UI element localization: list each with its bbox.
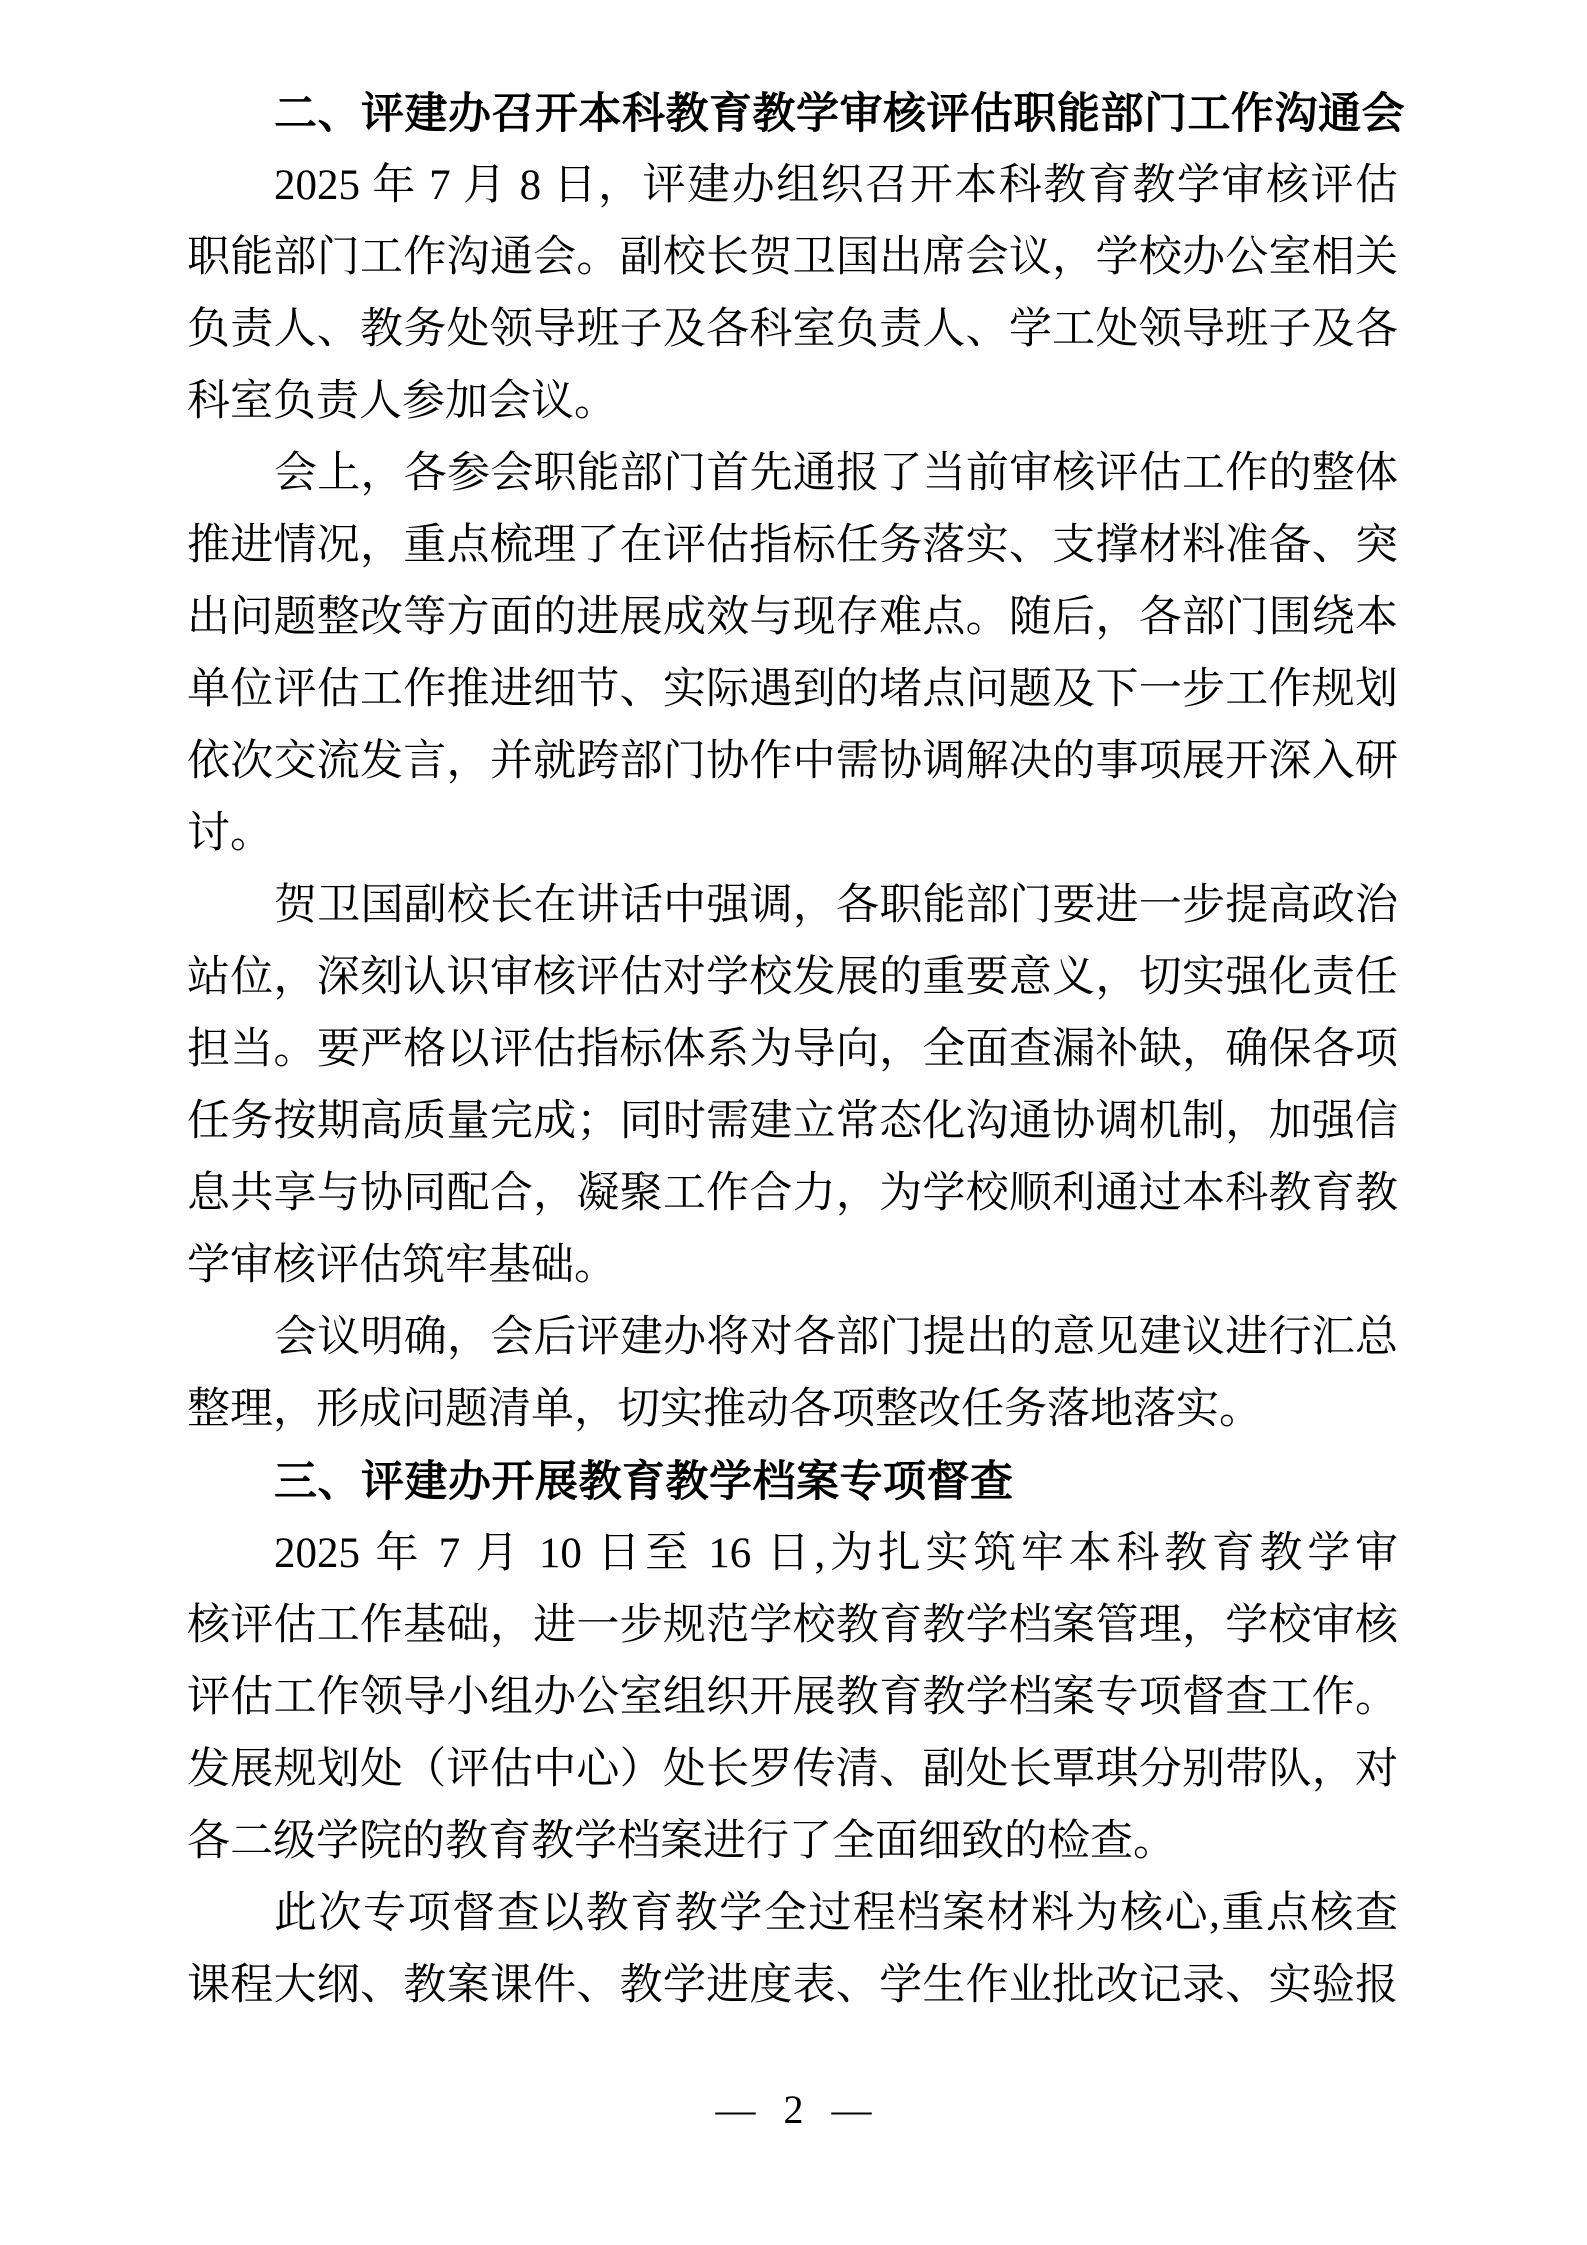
document-body: 二、评建办召开本科教育教学审核评估职能部门工作沟通会2025 年 7 月 8 日…	[187, 78, 1398, 2022]
body-text-line: 学审核评估筑牢基础。	[187, 1230, 1398, 1302]
body-text-line: 科室负责人参加会议。	[187, 366, 1398, 438]
body-text-line: 各二级学院的教育教学档案进行了全面细致的检查。	[187, 1806, 1398, 1878]
document-page: { "page": { "background": "#ffffff", "te…	[0, 0, 1587, 2245]
body-text-line: 单位评估工作推进细节、实际遇到的堵点问题及下一步工作规划	[187, 654, 1398, 726]
body-text-line: 2025 年 7 月 10 日至 16 日,为扎实筑牢本科教育教学审	[187, 1518, 1398, 1590]
body-text-line: 任务按期高质量完成；同时需建立常态化沟通协调机制，加强信	[187, 1086, 1398, 1158]
body-text-line: 负责人、教务处领导班子及各科室负责人、学工处领导班子及各	[187, 294, 1398, 366]
body-text-line: 依次交流发言，并就跨部门协作中需协调解决的事项展开深入研	[187, 726, 1398, 798]
body-text-line: 发展规划处（评估中心）处长罗传清、副处长覃琪分别带队，对	[187, 1734, 1398, 1806]
body-text-line: 息共享与协同配合，凝聚工作合力，为学校顺利通过本科教育教	[187, 1158, 1398, 1230]
body-text-line: 会议明确，会后评建办将对各部门提出的意见建议进行汇总	[187, 1302, 1398, 1374]
body-text-line: 讨。	[187, 798, 1398, 870]
section-heading: 二、评建办召开本科教育教学审核评估职能部门工作沟通会	[187, 78, 1398, 150]
body-text-line: 2025 年 7 月 8 日，评建办组织召开本科教育教学审核评估	[187, 150, 1398, 222]
body-text-line: 会上，各参会职能部门首先通报了当前审核评估工作的整体	[187, 438, 1398, 510]
body-text-line: 贺卫国副校长在讲话中强调，各职能部门要进一步提高政治	[187, 870, 1398, 942]
body-text-line: 整理，形成问题清单，切实推动各项整改任务落地落实。	[187, 1374, 1398, 1446]
page-number-footer: — 2 —	[0, 2086, 1587, 2134]
body-text-line: 核评估工作基础，进一步规范学校教育教学档案管理，学校审核	[187, 1590, 1398, 1662]
body-text-line: 职能部门工作沟通会。副校长贺卫国出席会议，学校办公室相关	[187, 222, 1398, 294]
body-text-line: 站位，深刻认识审核评估对学校发展的重要意义，切实强化责任	[187, 942, 1398, 1014]
body-text-line: 出问题整改等方面的进展成效与现存难点。随后，各部门围绕本	[187, 582, 1398, 654]
body-text-line: 课程大纲、教案课件、教学进度表、学生作业批改记录、实验报	[187, 1950, 1398, 2022]
body-text-line: 推进情况，重点梳理了在评估指标任务落实、支撑材料准备、突	[187, 510, 1398, 582]
body-text-line: 评估工作领导小组办公室组织开展教育教学档案专项督查工作。	[187, 1662, 1398, 1734]
body-text-line: 担当。要严格以评估指标体系为导向，全面查漏补缺，确保各项	[187, 1014, 1398, 1086]
section-heading: 三、评建办开展教育教学档案专项督查	[187, 1446, 1398, 1518]
body-text-line: 此次专项督查以教育教学全过程档案材料为核心,重点核查	[187, 1878, 1398, 1950]
